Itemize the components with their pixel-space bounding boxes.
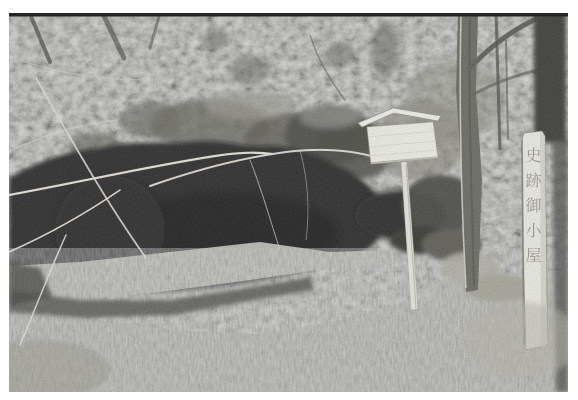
photo-top-edge bbox=[9, 13, 568, 17]
film-grain bbox=[9, 13, 568, 392]
marker-post-text: 史跡御小屋 bbox=[524, 147, 540, 272]
photo-canvas bbox=[0, 0, 578, 400]
photo: 史跡御小屋 bbox=[0, 0, 578, 400]
